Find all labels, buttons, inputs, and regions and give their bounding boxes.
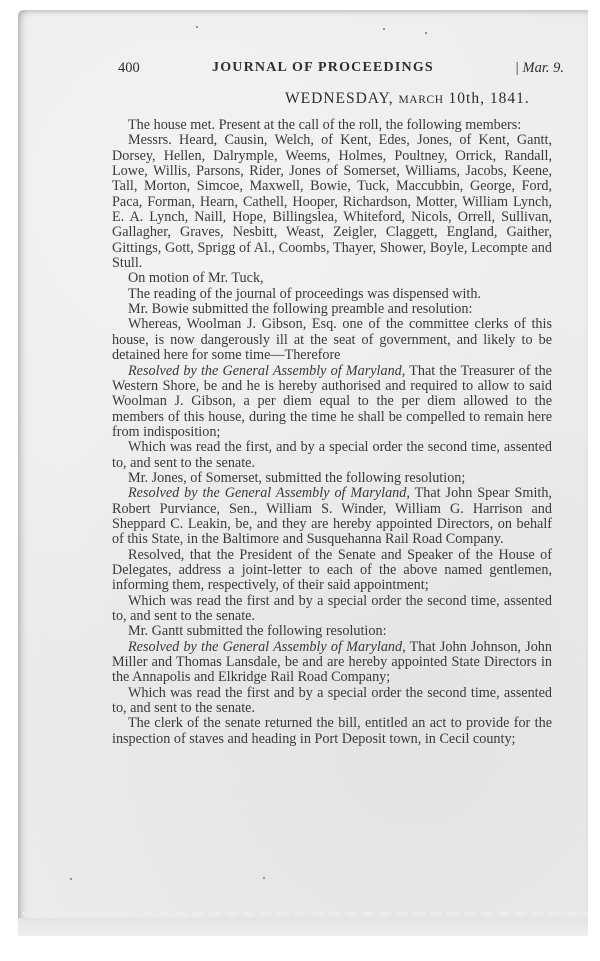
paper-speck (196, 26, 198, 28)
date: 10th, 1841. (449, 90, 530, 107)
date-marker: | Mar. 9. (515, 60, 564, 77)
page-number: 400 (118, 60, 140, 77)
paragraph-bowie: Mr. Bowie submitted the following preamb… (112, 302, 552, 317)
resolved-prefix: Resolved by the General Assembly of Mary… (128, 363, 405, 379)
paragraph-whereas: Whereas, Woolman J. Gibson, Esq. one of … (112, 317, 552, 363)
day-heading: WEDNESDAY, March 10th, 1841. (285, 90, 530, 108)
weekday: WEDNESDAY, (285, 90, 394, 107)
paragraph-journal-dispensed: The reading of the journal of proceeding… (112, 287, 552, 302)
paragraph-resolved-gibson: Resolved by the General Assembly of Mary… (112, 364, 552, 441)
paper-speck (263, 877, 265, 879)
paper-speck (70, 878, 72, 880)
month: March (398, 94, 443, 106)
journal-body: The house met. Present at the call of th… (112, 118, 552, 747)
paragraph-read-first: Which was read the first and by a specia… (112, 686, 552, 717)
resolved-prefix: Resolved by the General Assembly of Mary… (128, 485, 410, 501)
running-head: 400 JOURNAL OF PROCEEDINGS | Mar. 9. (112, 60, 564, 80)
paragraph-resolved-susquehanna: Resolved by the General Assembly of Mary… (112, 486, 552, 547)
paragraph-clerk-returned: The clerk of the senate returned the bil… (112, 716, 552, 747)
paragraph-read-first: Which was read the first and by a specia… (112, 594, 552, 625)
paragraph-gantt: Mr. Gantt submitted the following resolu… (112, 624, 552, 639)
paragraph-read-first: Which was read the first, and by a speci… (112, 440, 552, 471)
journal-title: JOURNAL OF PROCEEDINGS (212, 60, 434, 76)
paragraph-motion: On motion of Mr. Tuck, (112, 271, 552, 286)
paragraph-jones: Mr. Jones, of Somerset, submitted the fo… (112, 471, 552, 486)
paragraph-resolved-annapolis: Resolved by the General Assembly of Mary… (112, 640, 552, 686)
page-bottom-edge (18, 918, 588, 936)
paragraph-members-list: Messrs. Heard, Causin, Welch, of Kent, E… (112, 133, 552, 271)
paragraph-resolved-joint-letter: Resolved, that the President of the Sena… (112, 548, 552, 594)
paper-speck (425, 32, 427, 34)
paragraph-roll-call: The house met. Present at the call of th… (112, 118, 552, 133)
paper-speck (383, 28, 385, 30)
resolved-prefix: Resolved by the General Assembly of Mary… (128, 639, 406, 655)
